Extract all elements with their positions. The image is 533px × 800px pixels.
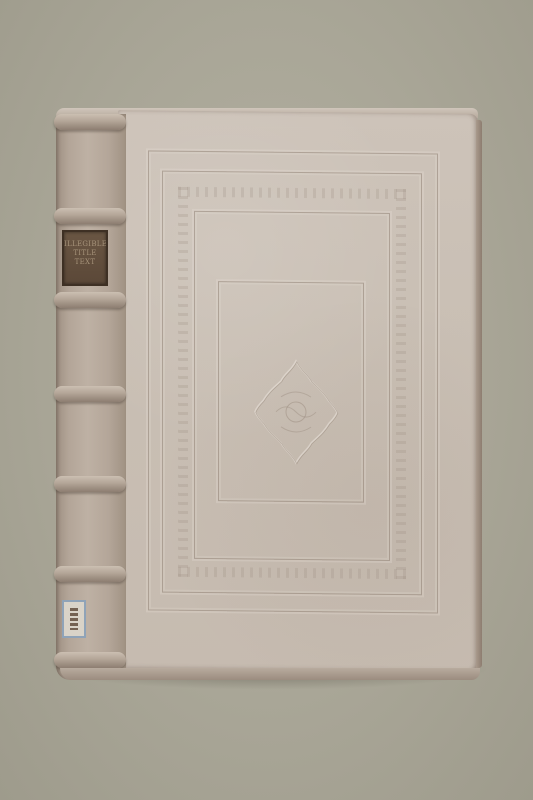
raised-band-4 (54, 476, 126, 492)
title-label-line-3: TEXT (64, 258, 106, 267)
title-label-line-1: ILLEGIBLE (64, 240, 106, 249)
fore-edge (476, 120, 482, 668)
raised-band-2 (54, 292, 126, 308)
title-label-line-2: TITLE (64, 249, 106, 258)
photo-scene: ILLEGIBLE TITLE TEXT Antique book bound … (0, 0, 533, 800)
spine-headband (54, 114, 126, 130)
raised-band-1 (54, 208, 126, 224)
front-cover (118, 110, 478, 674)
spine-title-label: ILLEGIBLE TITLE TEXT (62, 230, 108, 286)
central-lozenge-ornament-icon (251, 357, 341, 468)
spine-tailband (54, 652, 126, 668)
spine-shelf-label (62, 600, 86, 638)
raised-band-3 (54, 386, 126, 402)
book-tail-edge (60, 668, 480, 680)
book-spine: ILLEGIBLE TITLE TEXT (56, 114, 126, 680)
shelf-mark (70, 608, 78, 630)
raised-band-5 (54, 566, 126, 582)
